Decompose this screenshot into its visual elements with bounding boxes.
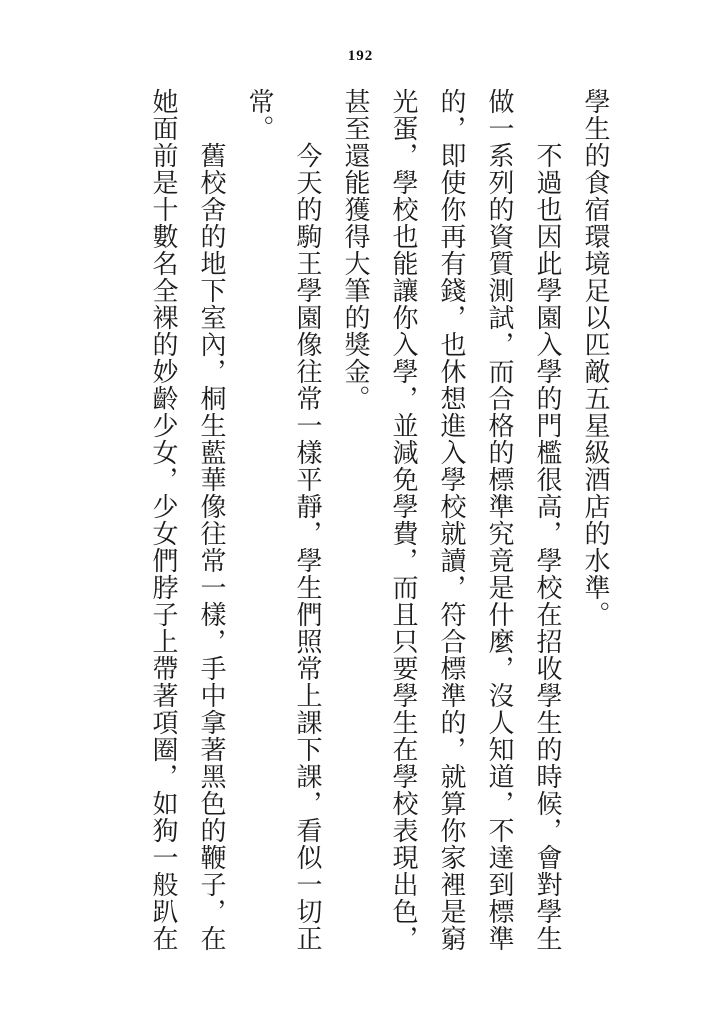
paragraph: 舊校舍的地下室內，桐生藍華像往常一樣，手中拿著黑色的鞭子，在她面前是十數名全裸的… <box>139 88 235 952</box>
paragraph: 不過也因此學園入學的門檻很高，學校在招收學生的時候，會對學生做一系列的資質測試，… <box>331 88 571 952</box>
paragraph: 今天的駒王學園像往常一樣平靜，學生們照常上課下課，看似一切正常。 <box>235 88 331 952</box>
page-number: 192 <box>0 48 721 65</box>
body-text: 學生的食宿環境足以匹敵五星級酒店的水準。不過也因此學園入學的門檻很高，學校在招收… <box>139 88 619 952</box>
paragraph: 學生的食宿環境足以匹敵五星級酒店的水準。 <box>571 88 619 952</box>
book-page: 192 學生的食宿環境足以匹敵五星級酒店的水準。不過也因此學園入學的門檻很高，學… <box>0 0 721 1020</box>
